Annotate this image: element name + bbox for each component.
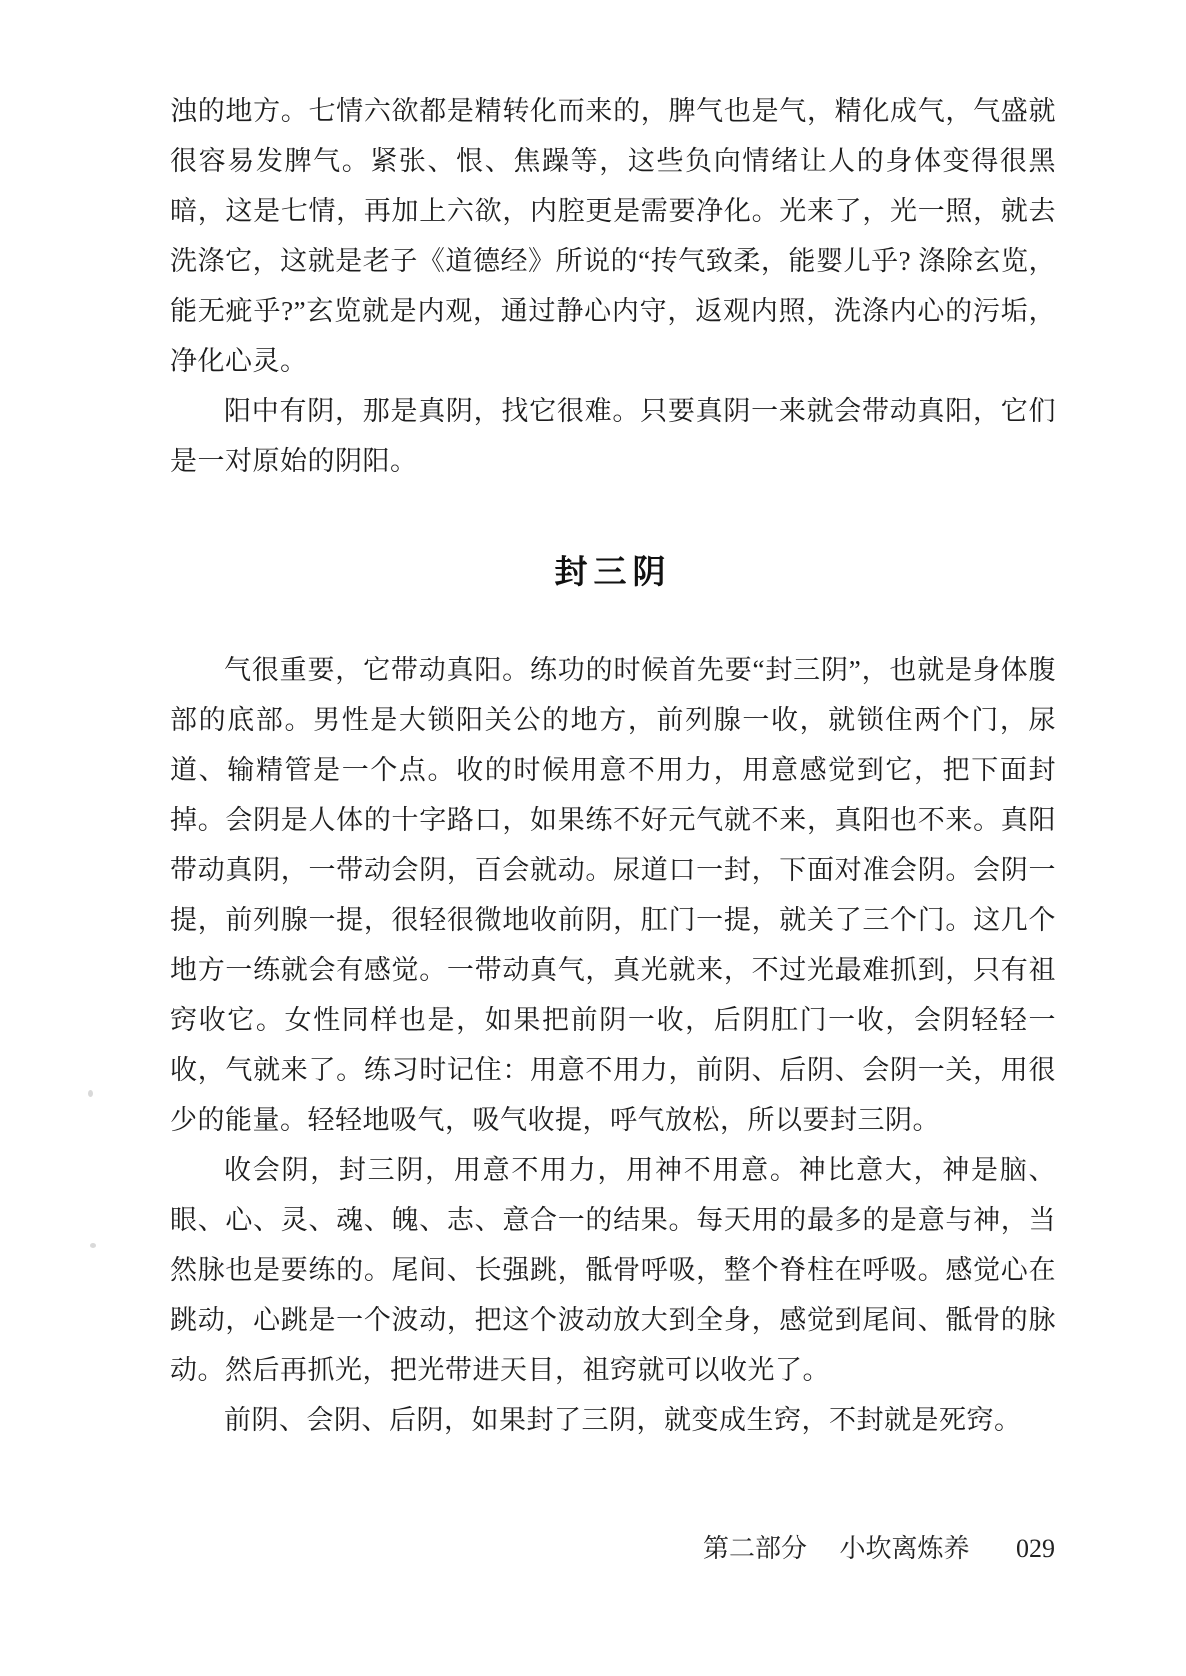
text-block: 浊的地方。七情六欲都是精转化而来的，脾气也是气，精化成气，气盛就很容易发脾气。紧… (170, 86, 1056, 1445)
paragraph: 浊的地方。七情六欲都是精转化而来的，脾气也是气，精化成气，气盛就很容易发脾气。紧… (170, 86, 1056, 386)
paragraph: 前阴、会阴、后阴，如果封了三阴，就变成生窍，不封就是死窍。 (170, 1395, 1056, 1445)
paragraph: 气很重要，它带动真阳。练功的时候首先要“封三阴”，也就是身体腹部的底部。男性是大… (170, 645, 1056, 1145)
footer-chapter-label: 小坎离炼养 (839, 1534, 969, 1563)
footer-page-number: 029 (1016, 1534, 1055, 1563)
book-page: 浊的地方。七情六欲都是精转化而来的，脾气也是气，精化成气，气盛就很容易发脾气。紧… (0, 0, 1186, 1676)
section-heading: 封三阴 (170, 546, 1056, 593)
footer-section-label: 第二部分 (703, 1534, 807, 1563)
paragraph: 阳中有阴，那是真阴，找它很难。只要真阴一来就会带动真阳，它们是一对原始的阴阳。 (170, 386, 1056, 486)
scan-artifact (90, 1243, 96, 1248)
scan-artifact (88, 1090, 93, 1097)
page-footer: 第二部分 小坎离炼养 029 (703, 1528, 1055, 1565)
paragraph: 收会阴，封三阴，用意不用力，用神不用意。神比意大，神是脑、眼、心、灵、魂、魄、志… (170, 1145, 1056, 1395)
